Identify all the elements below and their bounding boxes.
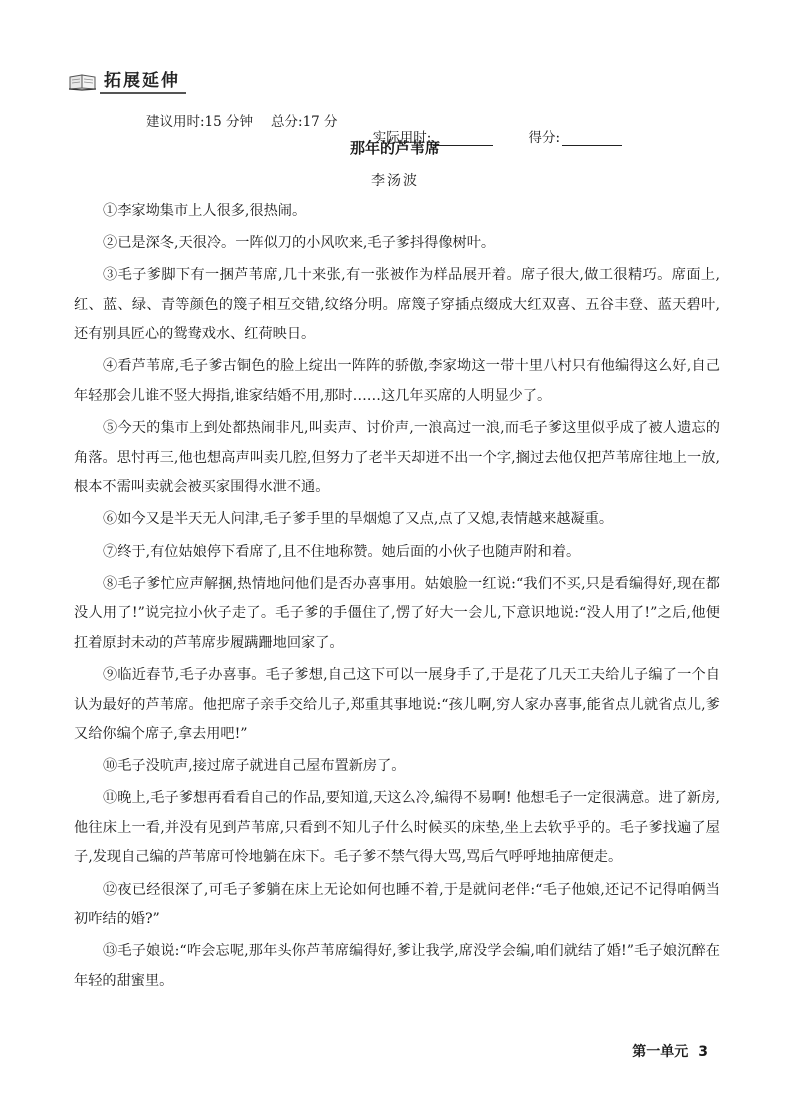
section-title: 拓展延伸	[100, 71, 186, 94]
article-author: 李汤波	[0, 170, 790, 190]
paragraph-3: ③毛子爹脚下有一捆芦苇席,几十来张,有一张被作为样品展开着。席子很大,做工很精巧…	[74, 261, 720, 350]
unit-label: 第一单元	[632, 1044, 688, 1060]
section-header: 拓展延伸	[68, 70, 186, 94]
paragraph-13: ⑬毛子娘说:“咋会忘呢,那年头你芦苇席编得好,爹让我学,席没学会编,咱们就结了婚…	[74, 937, 720, 996]
open-book-icon	[68, 73, 98, 91]
paragraph-1: ①李家坳集市上人很多,很热闹。	[74, 197, 720, 227]
article-body: ①李家坳集市上人很多,很热闹。 ②已是深冬,天很冷。一阵似刀的小风吹来,毛子爹抖…	[74, 197, 720, 999]
paragraph-2: ②已是深冬,天很冷。一阵似刀的小风吹来,毛子爹抖得像树叶。	[74, 229, 720, 259]
paragraph-8: ⑧毛子爹忙应声解捆,热情地问他们是否办喜事用。姑娘脸一红说:“我们不买,只是看编…	[74, 570, 720, 659]
paragraph-11: ⑪晚上,毛子爹想再看看自己的作品,要知道,天这么冷,编得不易啊! 他想毛子一定很…	[74, 784, 720, 873]
paragraph-6: ⑥如今又是半天无人问津,毛子爹手里的旱烟熄了又点,点了又熄,表情越来越凝重。	[74, 505, 720, 535]
page-footer: 第一单元3	[622, 1041, 708, 1061]
page-number: 3	[698, 1044, 708, 1060]
paragraph-7: ⑦终于,有位姑娘停下看席了,且不住地称赞。她后面的小伙子也随声附和着。	[74, 538, 720, 568]
article-title: 那年的芦苇席	[0, 137, 790, 158]
paragraph-9: ⑨临近春节,毛子办喜事。毛子爹想,自己这下可以一展身手了,于是花了几天工夫给儿子…	[74, 661, 720, 750]
paragraph-10: ⑩毛子没吭声,接过席子就进自己屋布置新房了。	[74, 752, 720, 782]
paragraph-12: ⑫夜已经很深了,可毛子爹躺在床上无论如何也睡不着,于是就问老伴:“毛子他娘,还记…	[74, 876, 720, 935]
paragraph-4: ④看芦苇席,毛子爹古铜色的脸上绽出一阵阵的骄傲,李家坳这一带十里八村只有他编得这…	[74, 352, 720, 411]
paragraph-5: ⑤今天的集市上到处都热闹非凡,叫卖声、讨价声,一浪高过一浪,而毛子爹这里似乎成了…	[74, 414, 720, 503]
